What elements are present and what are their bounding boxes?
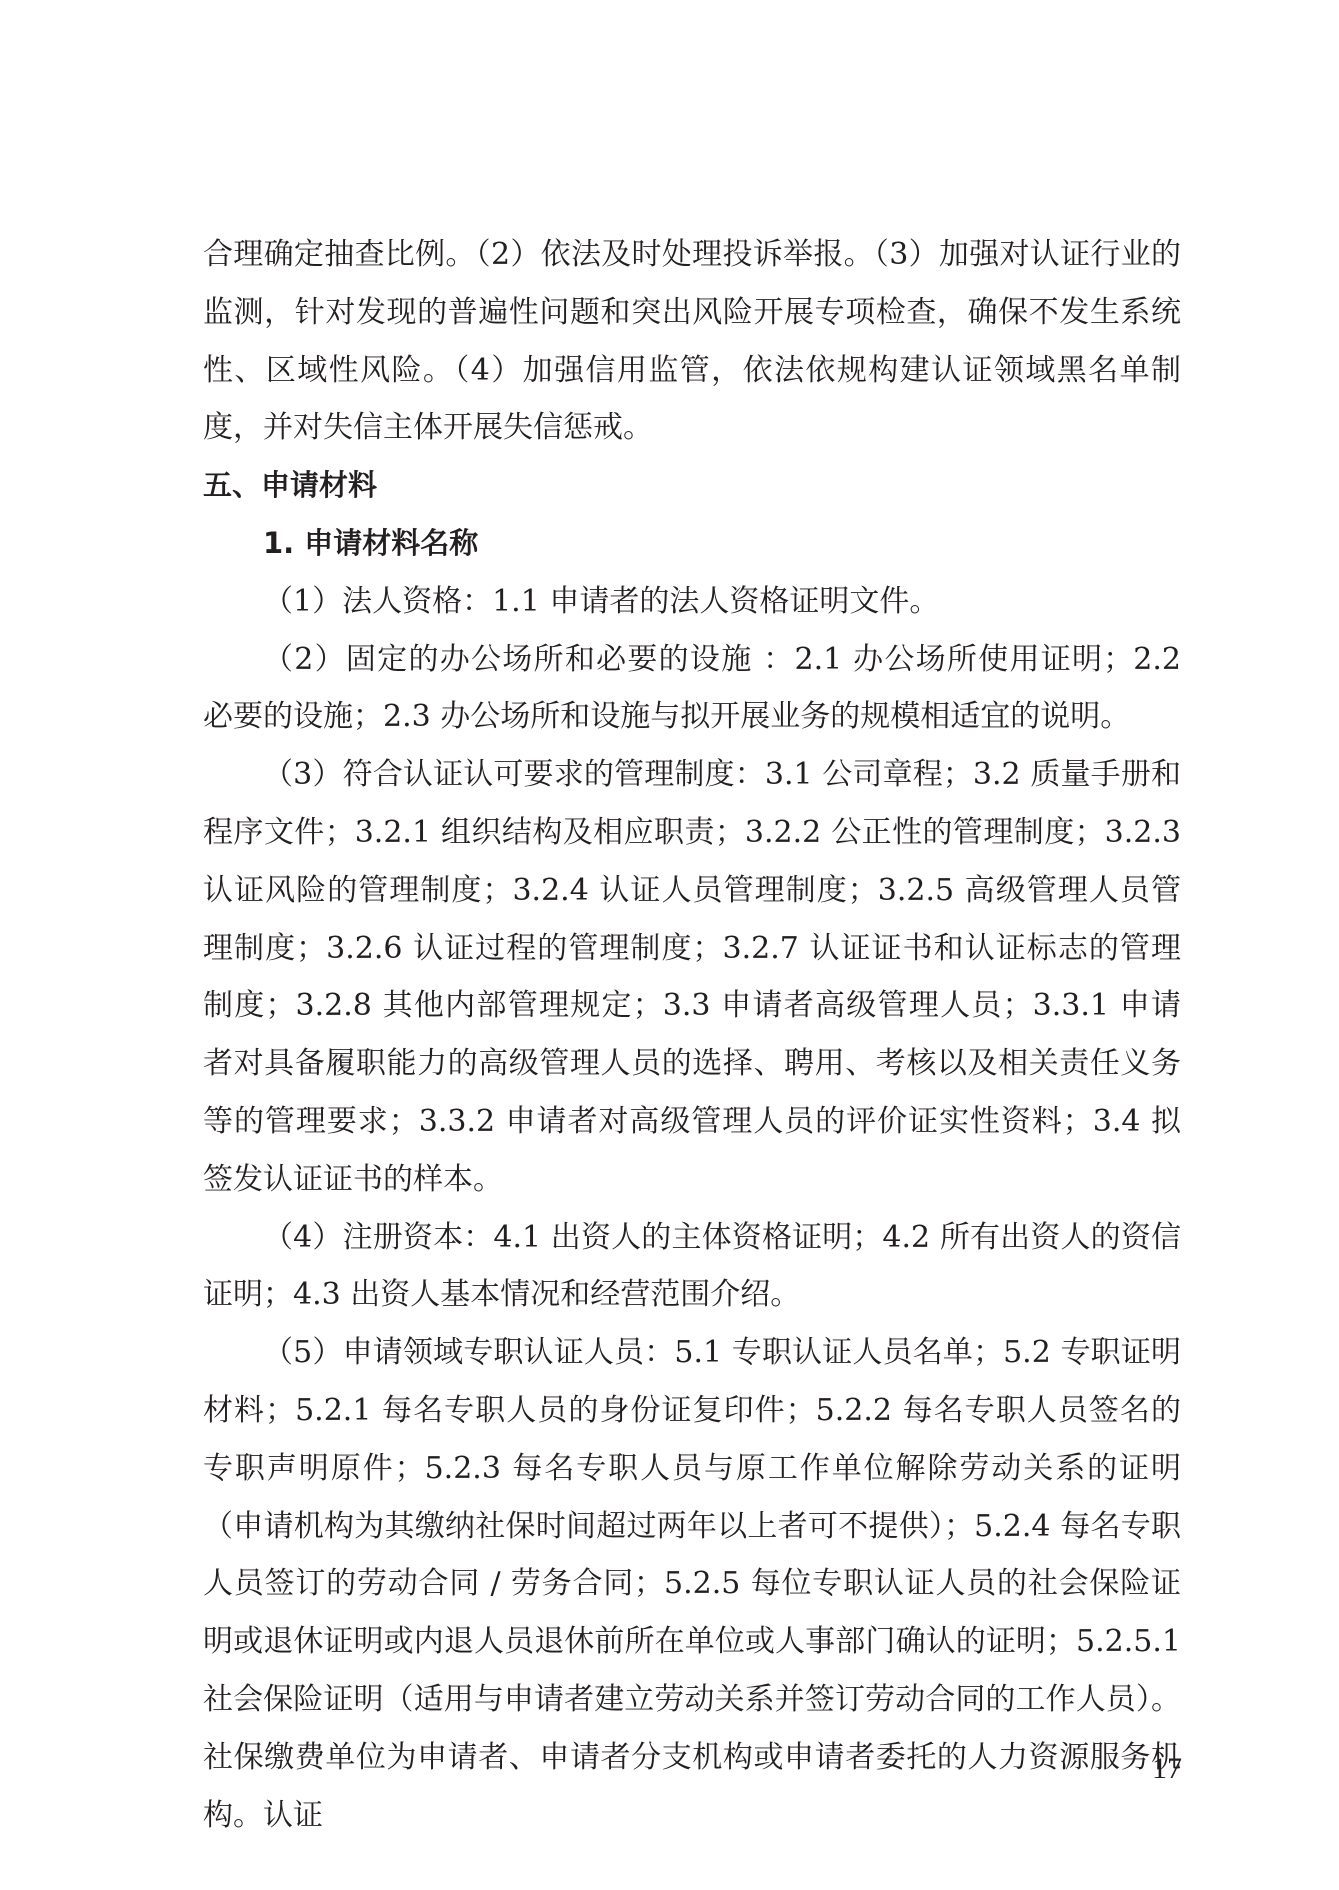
item-registered-capital: （4）注册资本：4.1 出资人的主体资格证明；4.2 所有出资人的资信证明；4.… [203, 1209, 1181, 1325]
item-legal-person: （1）法人资格：1.1 申请者的法人资格证明文件。 [203, 573, 1181, 631]
item-management-system: （3）符合认证认可要求的管理制度：3.1 公司章程；3.2 质量手册和程序文件；… [203, 746, 1181, 1208]
page-number: 17 [1140, 1752, 1182, 1786]
subsection-heading: 1. 申请材料名称 [203, 515, 1181, 573]
item-certification-personnel: （5）申请领域专职认证人员：5.1 专职认证人员名单；5.2 专职证明材料；5.… [203, 1324, 1181, 1844]
document-page: 合理确定抽查比例。（2）依法及时处理投诉举报。（3）加强对认证行业的监测，针对发… [203, 226, 1181, 1844]
paragraph-continuation: 合理确定抽查比例。（2）依法及时处理投诉举报。（3）加强对认证行业的监测，针对发… [203, 226, 1181, 457]
section-heading: 五、申请材料 [203, 457, 1181, 515]
item-office-facilities: （2）固定的办公场所和必要的设施 ：2.1 办公场所使用证明；2.2 必要的设施… [203, 631, 1181, 747]
